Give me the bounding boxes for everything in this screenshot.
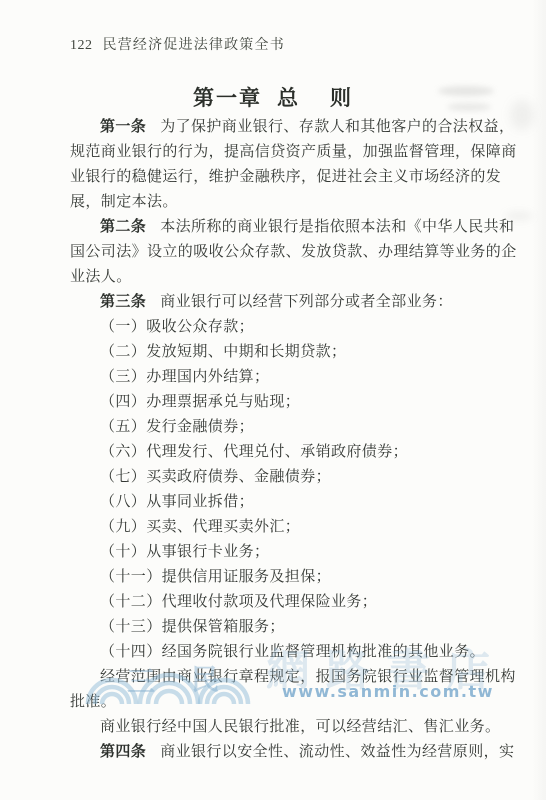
text-line: 第四条商业银行以安全性、流动性、效益性为经营原则，实 <box>70 740 516 765</box>
chapter-title-word: 总 <box>277 86 300 110</box>
text-line: （十四）经国务院银行业监督管理机构批准的其他业务。 <box>70 640 516 665</box>
text-line: 业法人。 <box>70 265 516 290</box>
text-line: （八）从事同业拆借； <box>70 490 516 515</box>
text-line: 批准。 <box>70 690 516 715</box>
text-line: （六）代理发行、代理兑付、承销政府债券； <box>70 440 516 465</box>
text-line: 展，制定本法。 <box>70 190 516 215</box>
text-line: 第二条本法所称的商业银行是指依照本法和《中华人民共和 <box>70 215 516 240</box>
text-line: 商业银行经中国人民银行批准，可以经营结汇、售汇业务。 <box>70 715 516 740</box>
text-line: （四）办理票据承兑与贴现； <box>70 390 516 415</box>
text-line: （十三）提供保管箱服务； <box>70 615 516 640</box>
article-term: 第三条 <box>100 294 146 310</box>
book-page: 122民营经济促进法律政策全书 第一章总则 第一条为了保护商业银行、存款人和其他… <box>0 0 546 800</box>
text-line: （十二）代理收付款项及代理保险业务； <box>70 590 516 615</box>
page-header: 122民营经济促进法律政策全书 <box>70 34 285 54</box>
text-line: 第三条商业银行可以经营下列部分或者全部业务： <box>70 290 516 315</box>
chapter-title-word: 则 <box>330 86 353 110</box>
article-term: 第一条 <box>100 119 146 135</box>
text-line: （五）发行金融债券； <box>70 415 516 440</box>
book-title: 民营经济促进法律政策全书 <box>103 38 285 53</box>
chapter-label: 第一章 <box>193 86 262 110</box>
text-line: （一）吸收公众存款； <box>70 315 516 340</box>
text-line: （二）发放短期、中期和长期贷款； <box>70 340 516 365</box>
text-line: （十）从事银行卡业务； <box>70 540 516 565</box>
text-line: 国公司法》设立的吸收公众存款、发放贷款、办理结算等业务的企 <box>70 240 516 265</box>
text-line: （九）买卖、代理买卖外汇； <box>70 515 516 540</box>
text-line: 业银行的稳健运行，维护金融秩序，促进社会主义市场经济的发 <box>70 165 516 190</box>
article-term: 第四条 <box>100 744 146 760</box>
text-line: 规范商业银行的行为，提高信贷资产质量，加强监督管理，保障商 <box>70 140 516 165</box>
text-line: （三）办理国内外结算； <box>70 365 516 390</box>
text-line: 经营范围由商业银行章程规定，报国务院银行业监督管理机构 <box>70 665 516 690</box>
article-term: 第二条 <box>100 219 146 235</box>
chapter-heading: 第一章总则 <box>0 82 546 112</box>
text-line: （十一）提供信用证服务及担保； <box>70 565 516 590</box>
page-number: 122 <box>70 38 93 53</box>
text-line: （七）买卖政府债券、金融债券； <box>70 465 516 490</box>
text-line: 第一条为了保护商业银行、存款人和其他客户的合法权益， <box>70 115 516 140</box>
body-lines: 第一条为了保护商业银行、存款人和其他客户的合法权益，规范商业银行的行为，提高信贷… <box>70 115 516 765</box>
